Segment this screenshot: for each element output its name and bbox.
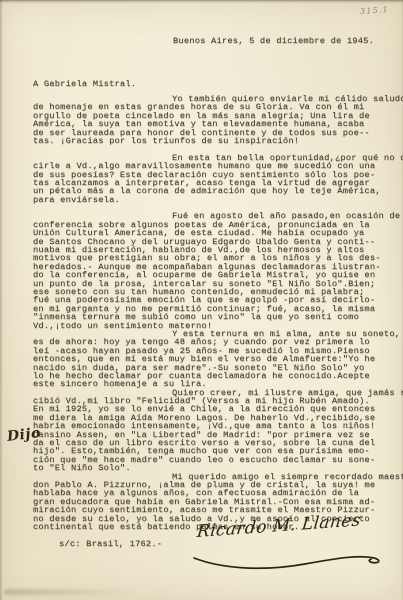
letter-body: Yo también quiero enviarle mi cálido sal… <box>33 95 395 531</box>
salutation: A Gabriela Mistral. <box>33 80 136 88</box>
signature-underline-flourish <box>190 546 390 574</box>
scan-smudge <box>4 589 154 595</box>
letter-line: para enviársela. <box>33 196 395 204</box>
paragraph: Fué en agosto del año pasado,en ocasión … <box>33 212 395 329</box>
signature: Ricardo M. Llanes <box>196 522 386 574</box>
dateline: Buenos Aires, 5 de diciembre de 1945. <box>173 37 374 45</box>
paragraph: Quiero creer, mi ilustre amiga, que jamá… <box>33 389 395 473</box>
archive-number-pencil: 315.1 <box>360 5 389 16</box>
paragraph: En esta tan bella oportunidad,¿por qué n… <box>33 154 395 204</box>
paragraph: Y esta ternura en mi alma, ante su sonet… <box>33 330 395 389</box>
paragraph: Yo también quiero enviarle mi cálido sal… <box>33 95 395 145</box>
sender-address: s/c: Brasil, 1762.- <box>59 540 162 548</box>
letter-line: tas. ¡Gracias por los triunfos de su ins… <box>33 137 395 145</box>
letter-scan: 315.1 Buenos Aires, 5 de diciembre de 19… <box>0 0 403 600</box>
